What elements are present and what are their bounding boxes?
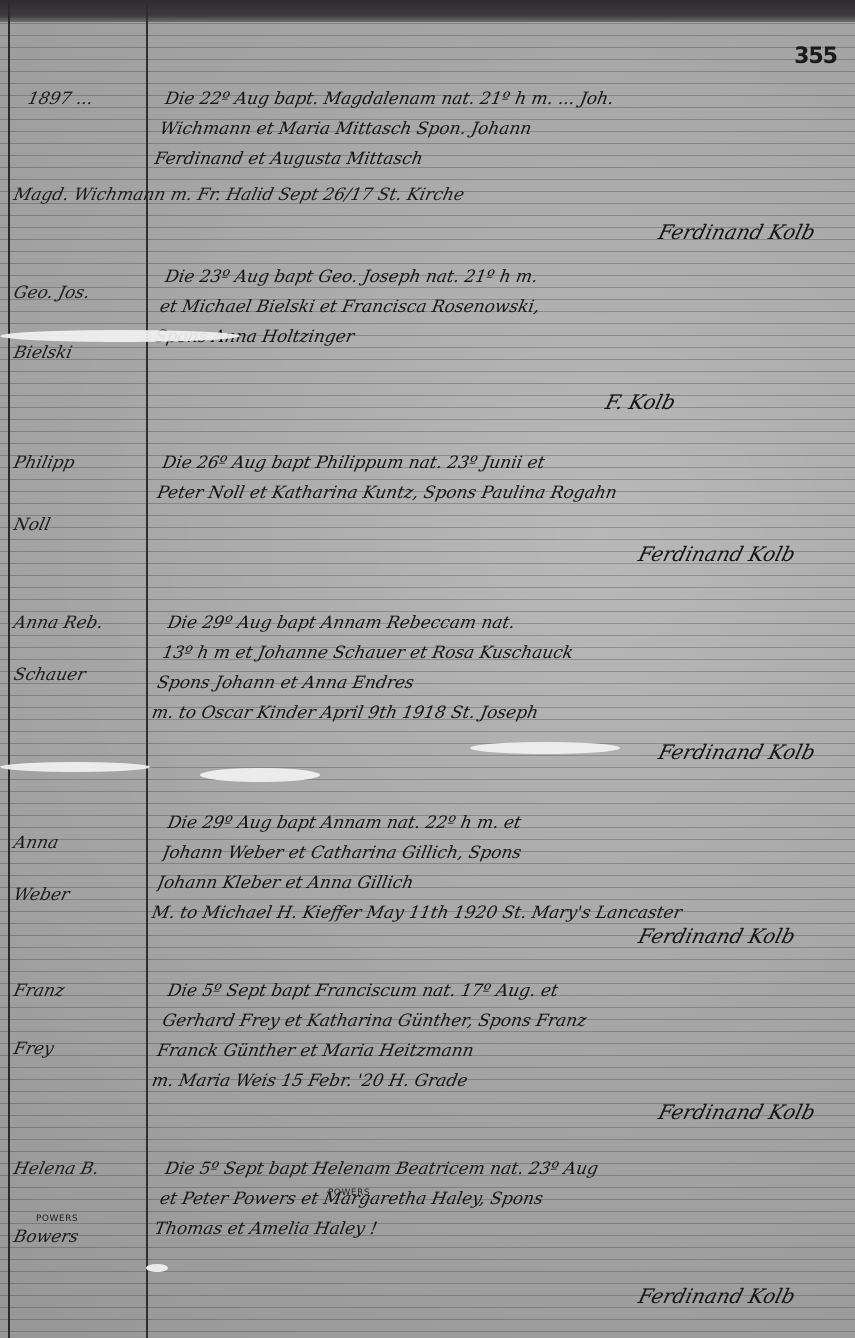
entry-line: Thomas et Amelia Haley ! [152, 1214, 837, 1244]
entry-line: Die 29º Aug bapt Annam nat. 22º h m. et [165, 808, 850, 838]
register-page: 355 1897 ... Die 22º Aug bapt. Magdalena… [0, 0, 855, 1338]
margin-surname: Weber [11, 880, 147, 910]
priest-signature: Ferdinand Kolb [636, 1284, 798, 1308]
entry-line: Spons Johann et Anna Endres [155, 668, 840, 698]
priest-signature: Ferdinand Kolb [656, 1100, 818, 1124]
margin-name: Geo. Jos. [11, 278, 147, 308]
marriage-note: m. Maria Weis 15 Febr. '20 H. Grade [149, 1066, 834, 1096]
margin-name: Helena B. [11, 1154, 147, 1184]
margin-surname: Frey [11, 1034, 147, 1064]
marriage-note: m. to Oscar Kinder April 9th 1918 St. Jo… [149, 698, 834, 728]
paper-damage-blot [470, 742, 620, 754]
priest-signature: Ferdinand Kolb [656, 220, 818, 244]
margin-name: Anna Reb. [11, 608, 147, 638]
entry-line: Peter Noll et Katharina Kuntz, Spons Pau… [155, 478, 840, 508]
page-number: 355 [794, 44, 837, 69]
entry-line: Gerhard Frey et Katharina Günther, Spons… [160, 1006, 845, 1036]
entry-line: Franck Günther et Maria Heitzmann [155, 1036, 840, 1066]
entry-body: Die 5º Sept bapt Helenam Beatricem nat. … [152, 1154, 848, 1244]
entry-line: Die 5º Sept bapt Franciscum nat. 17º Aug… [165, 976, 850, 1006]
paper-damage-blot [146, 1264, 168, 1272]
entry-line: Die 26º Aug bapt Philippum nat. 23º Juni… [160, 448, 845, 478]
entry-line: 13º h m et Johanne Schauer et Rosa Kusch… [160, 638, 845, 668]
margin-surname: Bowers [11, 1222, 147, 1252]
entry-body: Die 23º Aug bapt Geo. Joseph nat. 21º h … [152, 262, 848, 352]
left-border-rule [8, 0, 10, 1338]
entry-line: Wichmann et Maria Mittasch Spon. Johann [157, 114, 842, 144]
entry-line: Die 23º Aug bapt Geo. Joseph nat. 21º h … [163, 262, 848, 292]
entry-line: et Peter Powers et Margaretha Haley, Spo… [157, 1184, 842, 1214]
paper-damage-blot [200, 768, 320, 782]
entry-line: Ferdinand et Augusta Mittasch [152, 144, 837, 174]
page-top-edge [0, 0, 855, 22]
priest-signature: F. Kolb [603, 390, 678, 414]
entry-line: Spons Anna Holtzinger [152, 322, 837, 352]
entry-line: Johann Kleber et Anna Gillich [155, 868, 840, 898]
entry-line: et Michael Bielski et Francisca Rosenows… [157, 292, 842, 322]
entry-body: Die 22º Aug bapt. Magdalenam nat. 21º h … [152, 84, 848, 174]
entry-line: Die 29º Aug bapt Annam Rebeccam nat. [165, 608, 850, 638]
margin-surname: Bielski [11, 338, 147, 368]
margin-name: Franz [11, 976, 147, 1006]
entry-body: Die 26º Aug bapt Philippum nat. 23º Juni… [155, 448, 846, 508]
paper-damage-blot [0, 330, 240, 342]
entry-line: Die 5º Sept bapt Helenam Beatricem nat. … [163, 1154, 848, 1184]
margin-year: 1897 ... [25, 84, 161, 114]
priest-signature: Ferdinand Kolb [636, 542, 798, 566]
entry-body: Die 5º Sept bapt Franciscum nat. 17º Aug… [149, 976, 850, 1096]
line-annotation: POWERS [328, 1188, 370, 1198]
entry-body: Die 29º Aug bapt Annam Rebeccam nat. 13º… [149, 608, 850, 728]
priest-signature: Ferdinand Kolb [636, 924, 798, 948]
entry-body: Die 29º Aug bapt Annam nat. 22º h m. et … [149, 808, 850, 928]
margin-surname: Schauer [11, 660, 147, 690]
margin-surname: Noll [11, 510, 147, 540]
entry-line: Johann Weber et Catharina Gillich, Spons [160, 838, 845, 868]
entry-note: Magd. Wichmann m. Fr. Halid Sept 26/17 S… [11, 180, 537, 210]
margin-name: Anna [11, 828, 147, 858]
entry-line: Die 22º Aug bapt. Magdalenam nat. 21º h … [163, 84, 848, 114]
margin-name: Philipp [11, 448, 147, 478]
paper-damage-blot [0, 762, 150, 772]
priest-signature: Ferdinand Kolb [656, 740, 818, 764]
